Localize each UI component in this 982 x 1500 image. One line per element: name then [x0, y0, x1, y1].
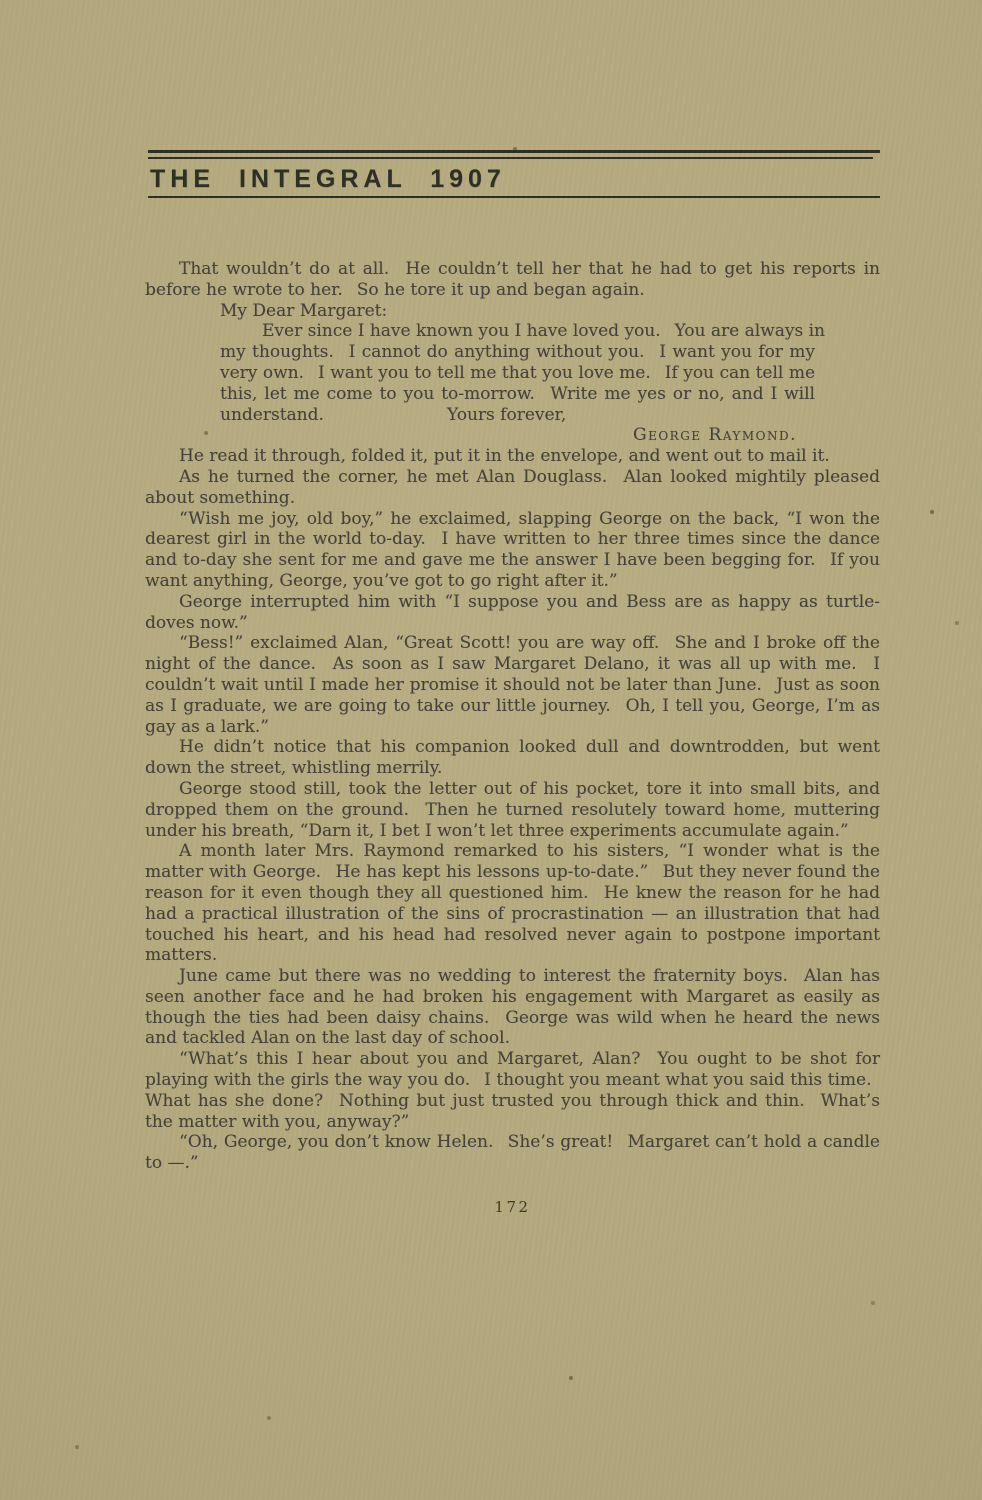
love-letter: My Dear Margaret: Ever since I have know…	[220, 301, 815, 447]
letter-line: understand.	[220, 405, 324, 425]
paragraph: He didn’t notice that his companion look…	[145, 737, 880, 779]
letter-line: very own. I want you to tell me that you…	[220, 363, 815, 384]
story-text: That wouldn’t do at all. He couldn’t tel…	[145, 259, 880, 1174]
letter-signature: George Raymond.	[220, 425, 815, 446]
paper-specks	[0, 0, 2, 2]
letter-line: Ever since I have known you I have loved…	[220, 321, 815, 342]
paragraph: “Oh, George, you don’t know Helen. She’s…	[145, 1132, 880, 1174]
letter-closing-line: understand. Yours forever,	[220, 405, 815, 426]
header-underline-rule	[148, 196, 880, 198]
paragraph: As he turned the corner, he met Alan Dou…	[145, 467, 880, 509]
page-header: THE INTEGRAL 1907	[148, 150, 880, 198]
paragraph: That wouldn’t do at all. He couldn’t tel…	[145, 259, 880, 301]
letter-salutation: My Dear Margaret:	[220, 301, 815, 322]
page-title: THE INTEGRAL 1907	[150, 166, 880, 192]
double-rule-bottom	[148, 157, 873, 159]
paragraph: A month later Mrs. Raymond remarked to h…	[145, 841, 880, 966]
paragraph: June came but there was no wedding to in…	[145, 966, 880, 1049]
paragraph: “Wish me joy, old boy,” he exclaimed, sl…	[145, 509, 880, 592]
double-rule-top	[148, 150, 880, 153]
paragraph: George stood still, took the letter out …	[145, 779, 880, 841]
page-number: 172	[145, 1198, 880, 1216]
paragraph: “What’s this I hear about you and Margar…	[145, 1049, 880, 1132]
letter-line: my thoughts. I cannot do anything withou…	[220, 342, 815, 363]
book-page: THE INTEGRAL 1907 That wouldn’t do at al…	[0, 0, 982, 1500]
paragraph: George interrupted him with “I suppose y…	[145, 592, 880, 634]
letter-line: this, let me come to you to-morrow. Writ…	[220, 384, 815, 405]
letter-valediction: Yours forever,	[447, 405, 566, 426]
paragraph: “Bess!” exclaimed Alan, “Great Scott! yo…	[145, 633, 880, 737]
paragraph: He read it through, folded it, put it in…	[145, 446, 880, 467]
